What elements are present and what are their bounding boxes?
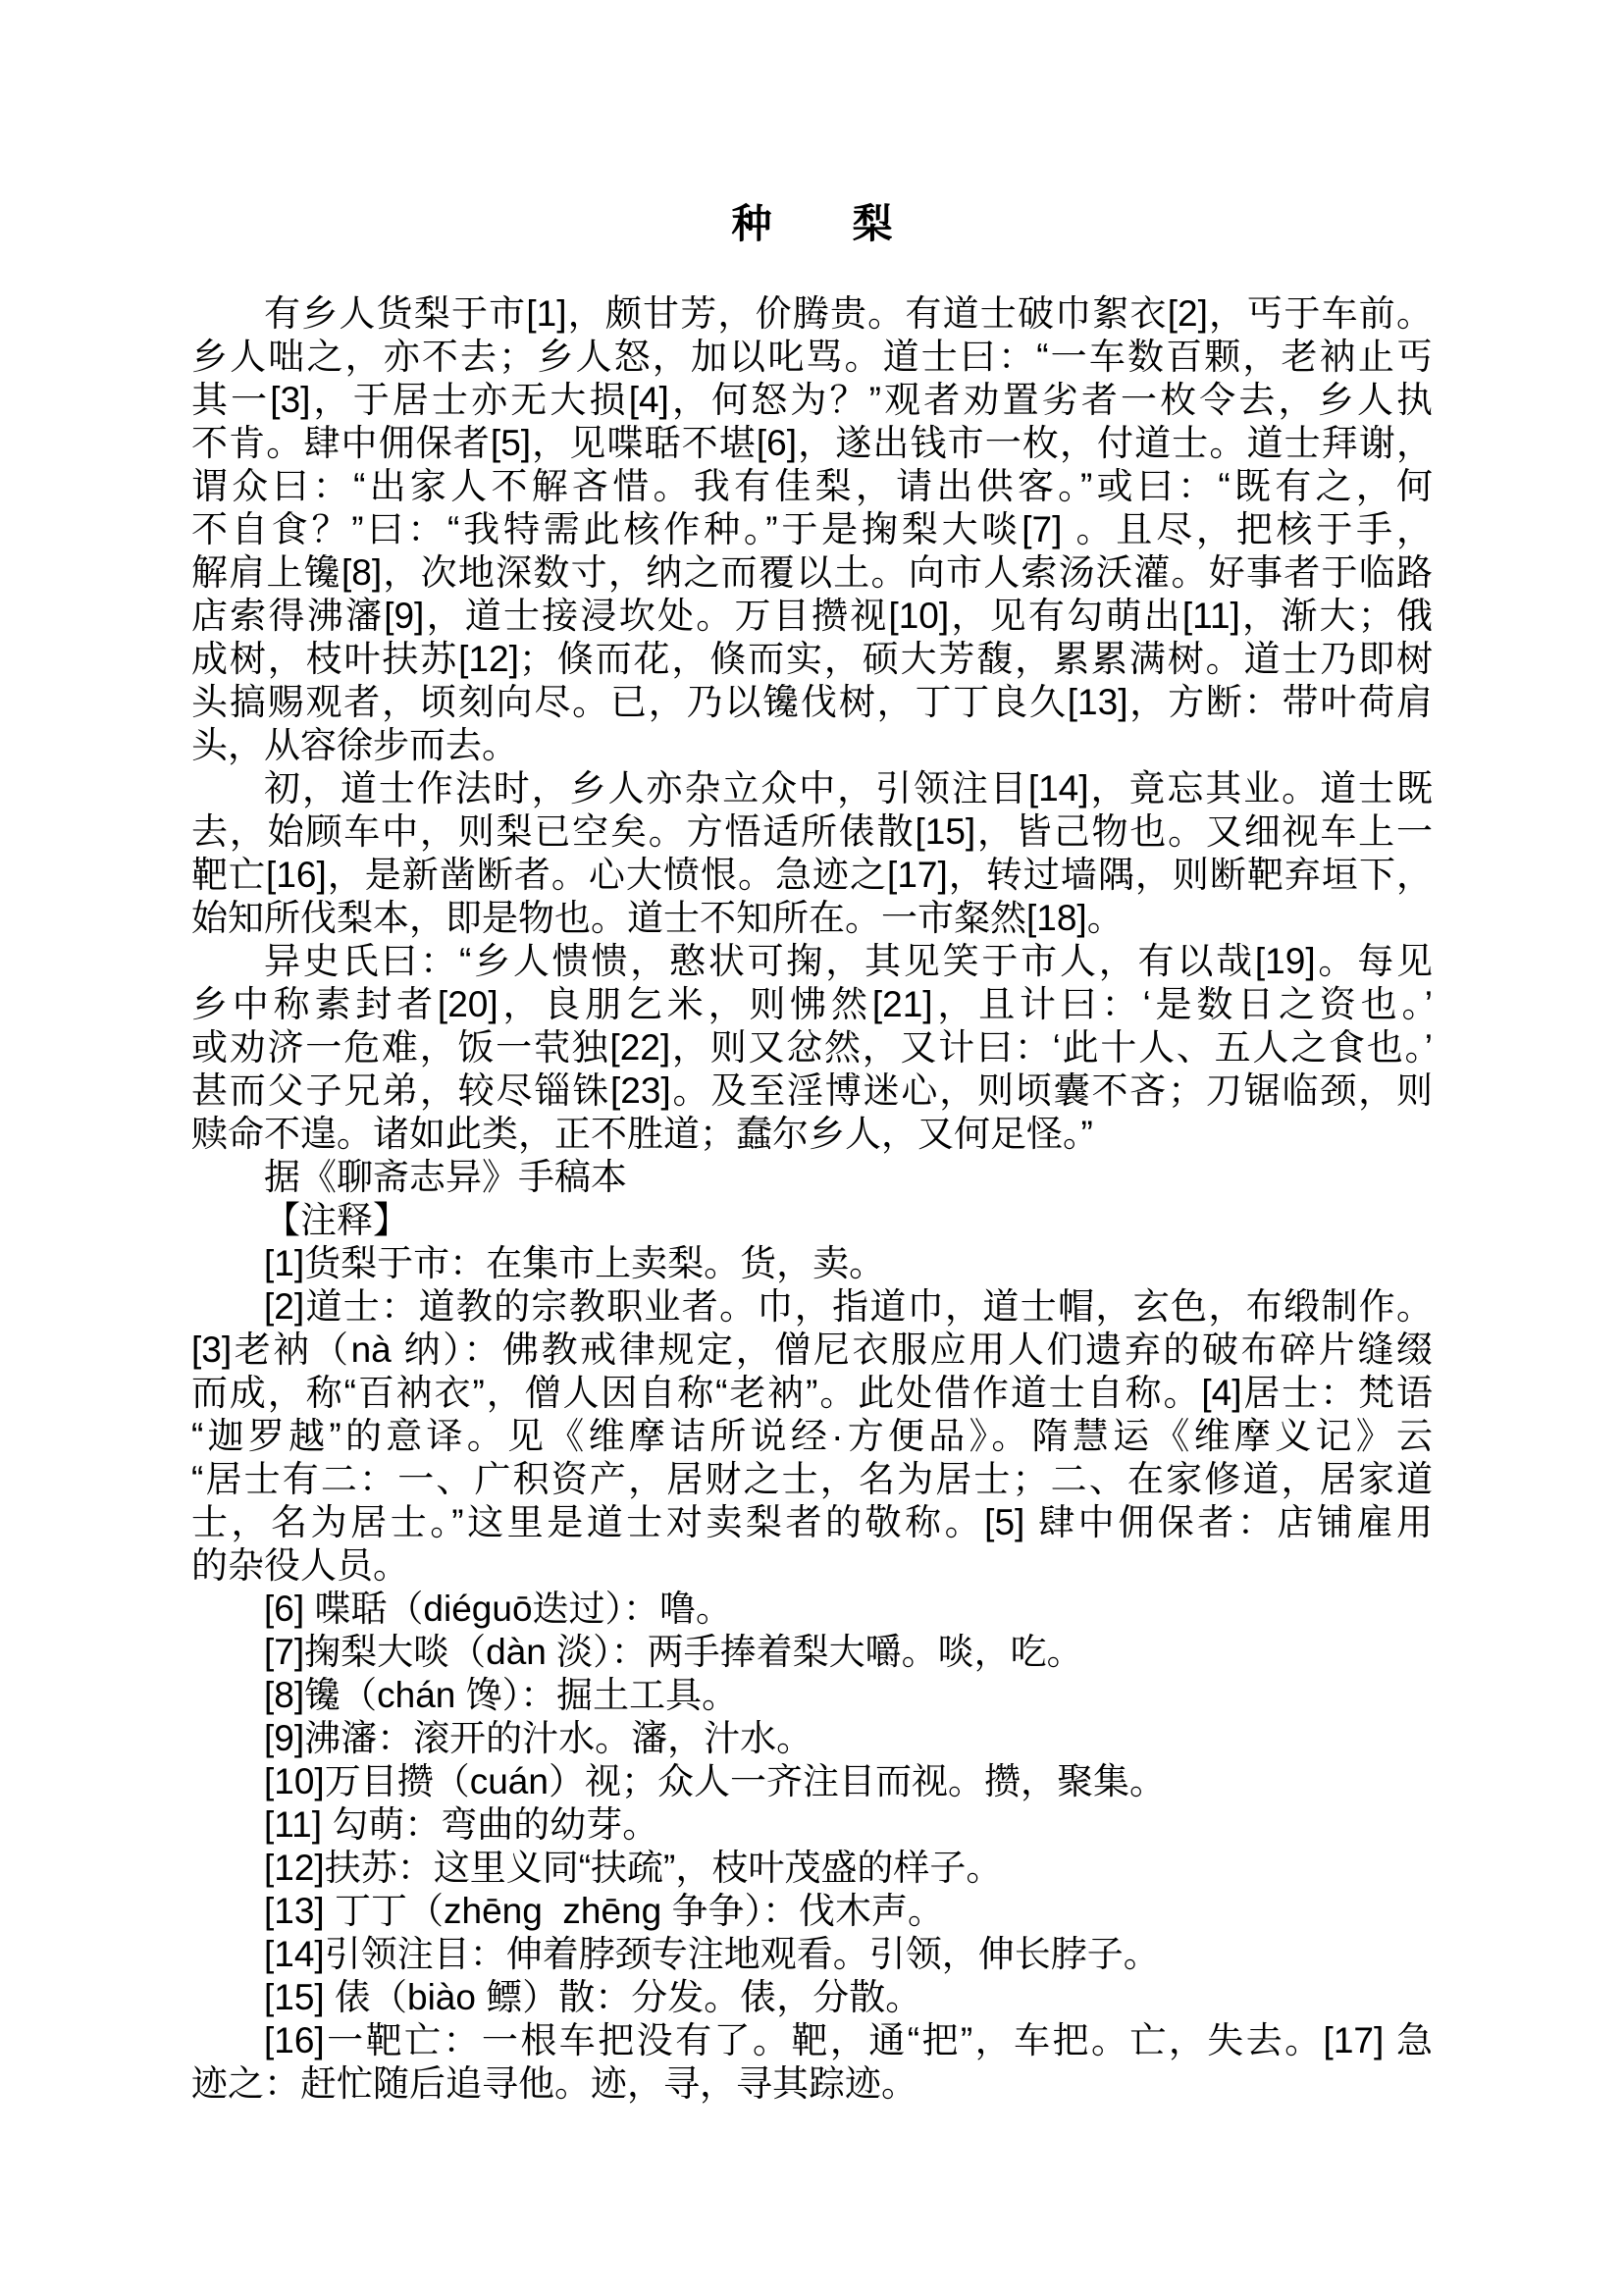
text-line: [16]一靶亡：一根车把没有了。靶，通“把”，车把。亡，失去。[17] 急 [191,2019,1433,2062]
text-line: 赎命不遑。诸如此类，正不胜道；蠢尔乡人，又何足怪。” [191,1113,1433,1156]
text-line: [8]镵（chán 馋）：掘土工具。 [191,1674,1433,1717]
document-title: 种 梨 [191,202,1433,245]
text-line: [12]扶苏：这里义同“扶疏”，枝叶茂盛的样子。 [191,1847,1433,1890]
text-line: 其一[3]，于居士亦无大损[4]，何怒为？”观者劝置劣者一枚令去，乡人执 [191,379,1433,422]
text-line: 乡中称素封者[20]，良朋乞米，则怫然[21]，且计曰：‘是数日之资也。’ [191,983,1433,1026]
text-line: 的杂役人员。 [191,1544,1433,1588]
text-line: 店索得沸瀋[9]，道士接浸坎处。万目攒视[10]，见有勾萌出[11]，渐大；俄 [191,595,1433,638]
text-line: 去，始顾车中，则梨已空矣。方悟适所俵散[15]，皆己物也。又细视车上一 [191,810,1433,854]
text-line: 谓众曰：“出家人不解吝惜。我有佳梨，请出供客。”或曰：“既有之，何 [191,465,1433,508]
text-line: 成树，枝叶扶苏[12]；倏而花，倏而实，硕大芳馥，累累满树。道士乃即树 [191,638,1433,681]
text-line: 头搞赐观者，顷刻向尽。已，乃以镵伐树，丁丁良久[13]，方断：带叶荷肩 [191,681,1433,724]
lines-container: 有乡人货梨于市[1]，颇甘芳，价腾贵。有道士破巾絮衣[2]，丐于车前。乡人咄之，… [191,292,1433,2106]
text-line: [13] 丁丁（zhēng zhēng 争争）：伐木声。 [191,1890,1433,1933]
text-line: [15] 俵（biào 鳔）散：分发。俵，分散。 [191,1976,1433,2019]
text-line: 迹之：赶忙随后追寻他。迹，寻，寻其踪迹。 [191,2062,1433,2106]
text-line: [9]沸瀋：滚开的汁水。瀋，汁水。 [191,1717,1433,1760]
text-line: 【注释】 [191,1199,1433,1242]
text-line: [10]万目攒（cuán）视；众人一齐注目而视。攒，聚集。 [191,1760,1433,1803]
document-body: 种 梨 有乡人货梨于市[1]，颇甘芳，价腾贵。有道士破巾絮衣[2]，丐于车前。乡… [191,202,1433,2106]
text-line: 初，道士作法时，乡人亦杂立众中，引领注目[14]，竟忘其业。道士既 [191,767,1433,810]
text-line: [7]掬梨大啖（dàn 淡）：两手捧着梨大嚼。啖，吃。 [191,1631,1433,1674]
text-line: 甚而父子兄弟，较尽锱铢[23]。及至淫博迷心，则顷囊不吝；刀锯临颈，则 [191,1069,1433,1113]
text-line: [6] 喋聒（diéguō迭过）：噜。 [191,1588,1433,1631]
text-line: 有乡人货梨于市[1]，颇甘芳，价腾贵。有道士破巾絮衣[2]，丐于车前。 [191,292,1433,336]
text-line: 靶亡[16]，是新凿断者。心大愤恨。急迹之[17]，转过墙隅，则断靶弃垣下， [191,854,1433,897]
text-line: 异史氏曰：“乡人愦愦，憨状可掬，其见笑于市人，有以哉[19]。每见 [191,940,1433,983]
text-line: 头，从容徐步而去。 [191,724,1433,767]
text-line: 不肯。肆中佣保者[5]，见喋聒不堪[6]，遂出钱市一枚，付道士。道士拜谢， [191,422,1433,465]
text-line: [2]道士：道教的宗教职业者。巾，指道巾，道士帽，玄色，布缎制作。 [191,1285,1433,1329]
text-line: 乡人咄之，亦不去；乡人怒，加以叱骂。道士曰：“一车数百颗，老衲止丐 [191,336,1433,379]
text-line: [14]引领注目：伸着脖颈专注地观看。引领，伸长脖子。 [191,1933,1433,1976]
text-line: [3]老衲（nà 纳）：佛教戒律规定，僧尼衣服应用人们遗弃的破布碎片缝缀 [191,1329,1433,1372]
text-line: [1]货梨于市：在集市上卖梨。货，卖。 [191,1242,1433,1285]
text-line: 或劝济一危难，饭一茕独[22]，则又忿然，又计曰：‘此十人、五人之食也。’ [191,1026,1433,1069]
document-page: 种 梨 有乡人货梨于市[1]，颇甘芳，价腾贵。有道士破巾絮衣[2]，丐于车前。乡… [0,0,1624,2294]
text-line: 不自食？”曰：“我特需此核作种。”于是掬梨大啖[7] 。且尽，把核于手， [191,508,1433,551]
text-line: 始知所伐梨本，即是物也。道士不知所在。一市粲然[18]。 [191,897,1433,940]
text-line: [11] 勾萌：弯曲的幼芽。 [191,1803,1433,1847]
text-line: 而成，称“百衲衣”，僧人因自称“老衲”。此处借作道士自称。[4]居士：梵语 [191,1372,1433,1415]
text-line: 解肩上镵[8]，次地深数寸，纳之而覆以土。向市人索汤沃灌。好事者于临路 [191,551,1433,595]
text-line: “居士有二：一、广积资产，居财之士，名为居士；二、在家修道，居家道 [191,1458,1433,1501]
text-line: “迦罗越”的意译。见《维摩诘所说经·方便品》。隋慧运《维摩义记》云 [191,1415,1433,1458]
text-line: 士，名为居士。”这里是道士对卖梨者的敬称。[5] 肆中佣保者：店铺雇用 [191,1501,1433,1544]
text-line: 据《聊斋志异》手稿本 [191,1156,1433,1199]
